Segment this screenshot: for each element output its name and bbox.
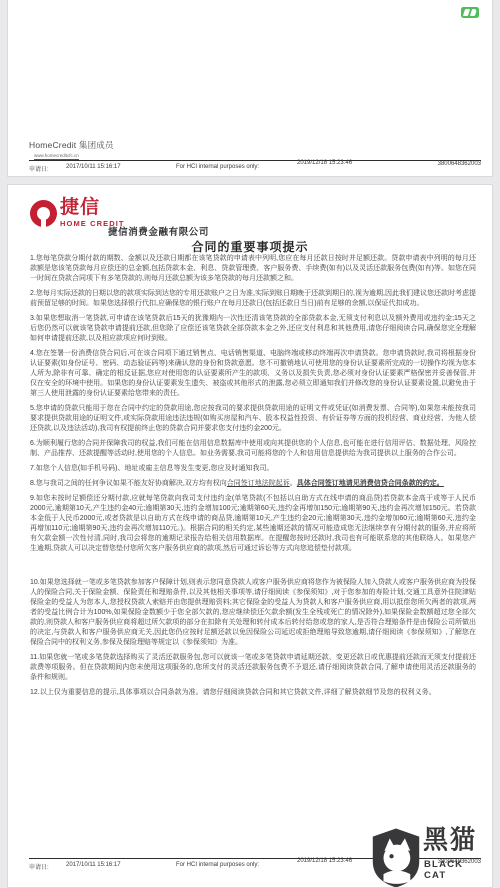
paragraph-segment: 8.您与我司之间的任何争议如果不能友好协商解决,双方均有权向 (30, 480, 227, 487)
screenshot-canvas: HomeCredit 集团成员 www.homecreditcfc.cn 申请日… (0, 0, 500, 888)
black-cat-name-cn: 黑猫 (423, 826, 477, 853)
green-edit-icon[interactable] (461, 7, 479, 18)
paragraph-segment: 4.您在签署一份消费信贷合同后,可在该合同项下通过销售点、电话销售渠道、电脑终端… (30, 350, 476, 397)
application-date-label: 申请日: (29, 862, 49, 871)
document-page-2: 捷信 HOME CREDIT 捷信消费金融有限公司 合同的重要事项提示 1.您每… (7, 184, 493, 888)
page1-footer: 申请日: 2017/10/11 15:16:17 For HCI interna… (29, 162, 481, 174)
logo-ring-notch (41, 218, 46, 227)
document-number: 3800648362003 (438, 161, 481, 167)
contract-paragraph: 8.您与我司之间的任何争议如果不能友好协商解决,双方均有权向合同签订地法院起诉。… (30, 479, 476, 489)
website-text: www.homecreditcfc.cn (34, 153, 79, 160)
application-date-label: 申请日: (29, 164, 49, 173)
paragraph-segment: 10.如果您选择就一笔或多笔贷款参加客户保障计划,则表示您同意贷款人或客户服务供… (30, 579, 476, 646)
paragraph-segment: 11.如果您就一笔或多笔贷款选择购买了灵活还款服务包,您可以就该一笔或多笔贷款申… (30, 654, 476, 681)
paragraph-segment: 12.以上仅为重要信息的提示,具体事项以合同条款为准。请您仔细阅读贷款合同和其它… (30, 689, 436, 696)
contract-paragraph: 7.如您个人信息(如手机号码)、地址或雇主信息等发生变更,您应及时通知我司。 (30, 464, 476, 474)
footer-rule (29, 160, 481, 161)
document-page-1: HomeCredit 集团成员 www.homecreditcfc.cn 申请日… (7, 0, 493, 177)
black-cat-watermark: 黑猫 BLACK CAT (371, 825, 489, 888)
edit-icon-blade (469, 9, 476, 16)
paragraph-segment: 具体合同签订地请见消费信贷合同条款的约定。 (297, 480, 444, 487)
group-member-line: HomeCredit 集团成员 (29, 139, 114, 151)
brand-name-cn: 捷信 (60, 198, 125, 217)
paragraph-segment: 。 (290, 480, 297, 487)
black-cat-name-en: BLACK CAT (424, 859, 489, 881)
contract-paragraph: 4.您在签署一份消费信贷合同后,可在该合同项下通过销售点、电话销售渠道、电脑终端… (30, 349, 476, 399)
contract-paragraph: 11.如果您就一笔或多笔贷款选择购买了灵活还款服务包,您可以就该一笔或多笔贷款申… (30, 653, 476, 683)
contract-paragraph: 10.如果您选择就一笔或多笔贷款参加客户保障计划,则表示您同意贷款人或客户服务供… (30, 578, 476, 648)
paragraph-segment: 9.如您未按时足额偿还分期付款,应就每笔贷款向我司支付违约金(单笔贷款(不包括以… (30, 495, 476, 552)
contract-paragraph: 12.以上仅为重要信息的提示,具体事项以合同条款为准。请您仔细阅读贷款合同和其它… (30, 688, 476, 698)
paragraph-segment: 1.您每笔贷款分期付款的期数、金额以及还款日期都在该笔贷款的申请表中列明,您应在… (30, 255, 476, 282)
contract-paragraph: 3.如果您想取消一笔贷款,可申请在该笔贷款后15天的犹豫期内一次性还清该笔贷款的… (30, 314, 476, 344)
paragraph-segment: 7.如您个人信息(如手机号码)、地址或雇主信息等发生变更,您应及时通知我司。 (30, 465, 273, 472)
company-name: 捷信消费金融有限公司 (108, 224, 209, 238)
paragraph-segment: 合同签订地法院起诉 (227, 480, 290, 487)
paragraph-segment: 3.如果您想取消一笔贷款,可申请在该笔贷款后15天的犹豫期内一次性还清该笔贷款的… (30, 315, 476, 342)
page-title: 合同的重要事项提示 (8, 238, 492, 255)
internal-purpose-text: For HCI internal purposes only: (176, 164, 259, 170)
application-date-value: 2017/10/11 15:16:17 (66, 164, 121, 170)
contract-paragraph: 6.为顺利履行您的合同并保障我司的权益,我们可能在信用信息数据库中使用或向其提供… (30, 439, 476, 459)
contract-paragraph: 2.您每月实际还款的日期以您的款项实际到达您的专用还款账户之日为准,实际到账日期… (30, 289, 476, 309)
print-timestamp: 2019/12/18 15:23:46 (297, 160, 352, 166)
contract-body: 1.您每笔贷款分期付款的期数、金额以及还款日期都在该笔贷款的申请表中列明,您应在… (30, 254, 476, 703)
black-cat-shield-icon (371, 827, 421, 888)
paragraph-segment: 6.为顺利履行您的合同并保障我司的权益,我们可能在信用信息数据库中使用或向其提供… (30, 440, 476, 457)
print-timestamp: 2019/12/18 15:23:46 (297, 858, 352, 864)
application-date-value: 2017/10/11 15:16:17 (66, 862, 121, 868)
contract-paragraph: 9.如您未按时足额偿还分期付款,应就每笔贷款向我司支付违约金(单笔贷款(不包括以… (30, 494, 476, 554)
paragraph-segment: 5.您申请的贷款只能用于您在合同中约定的贷款用途,您应按我司的要求提供贷款用途的… (30, 405, 476, 432)
home-credit-ring-icon (30, 200, 57, 227)
contract-paragraph: 1.您每笔贷款分期付款的期数、金额以及还款日期都在该笔贷款的申请表中列明,您应在… (30, 254, 476, 284)
contract-paragraph: 5.您申请的贷款只能用于您在合同中约定的贷款用途,您应按我司的要求提供贷款用途的… (30, 404, 476, 434)
internal-purpose-text: For HCI internal purposes only: (176, 862, 259, 868)
paragraph-segment: 2.您每月实际还款的日期以您的款项实际到达您的专用还款账户之日为准,实际到账日期… (30, 290, 476, 307)
